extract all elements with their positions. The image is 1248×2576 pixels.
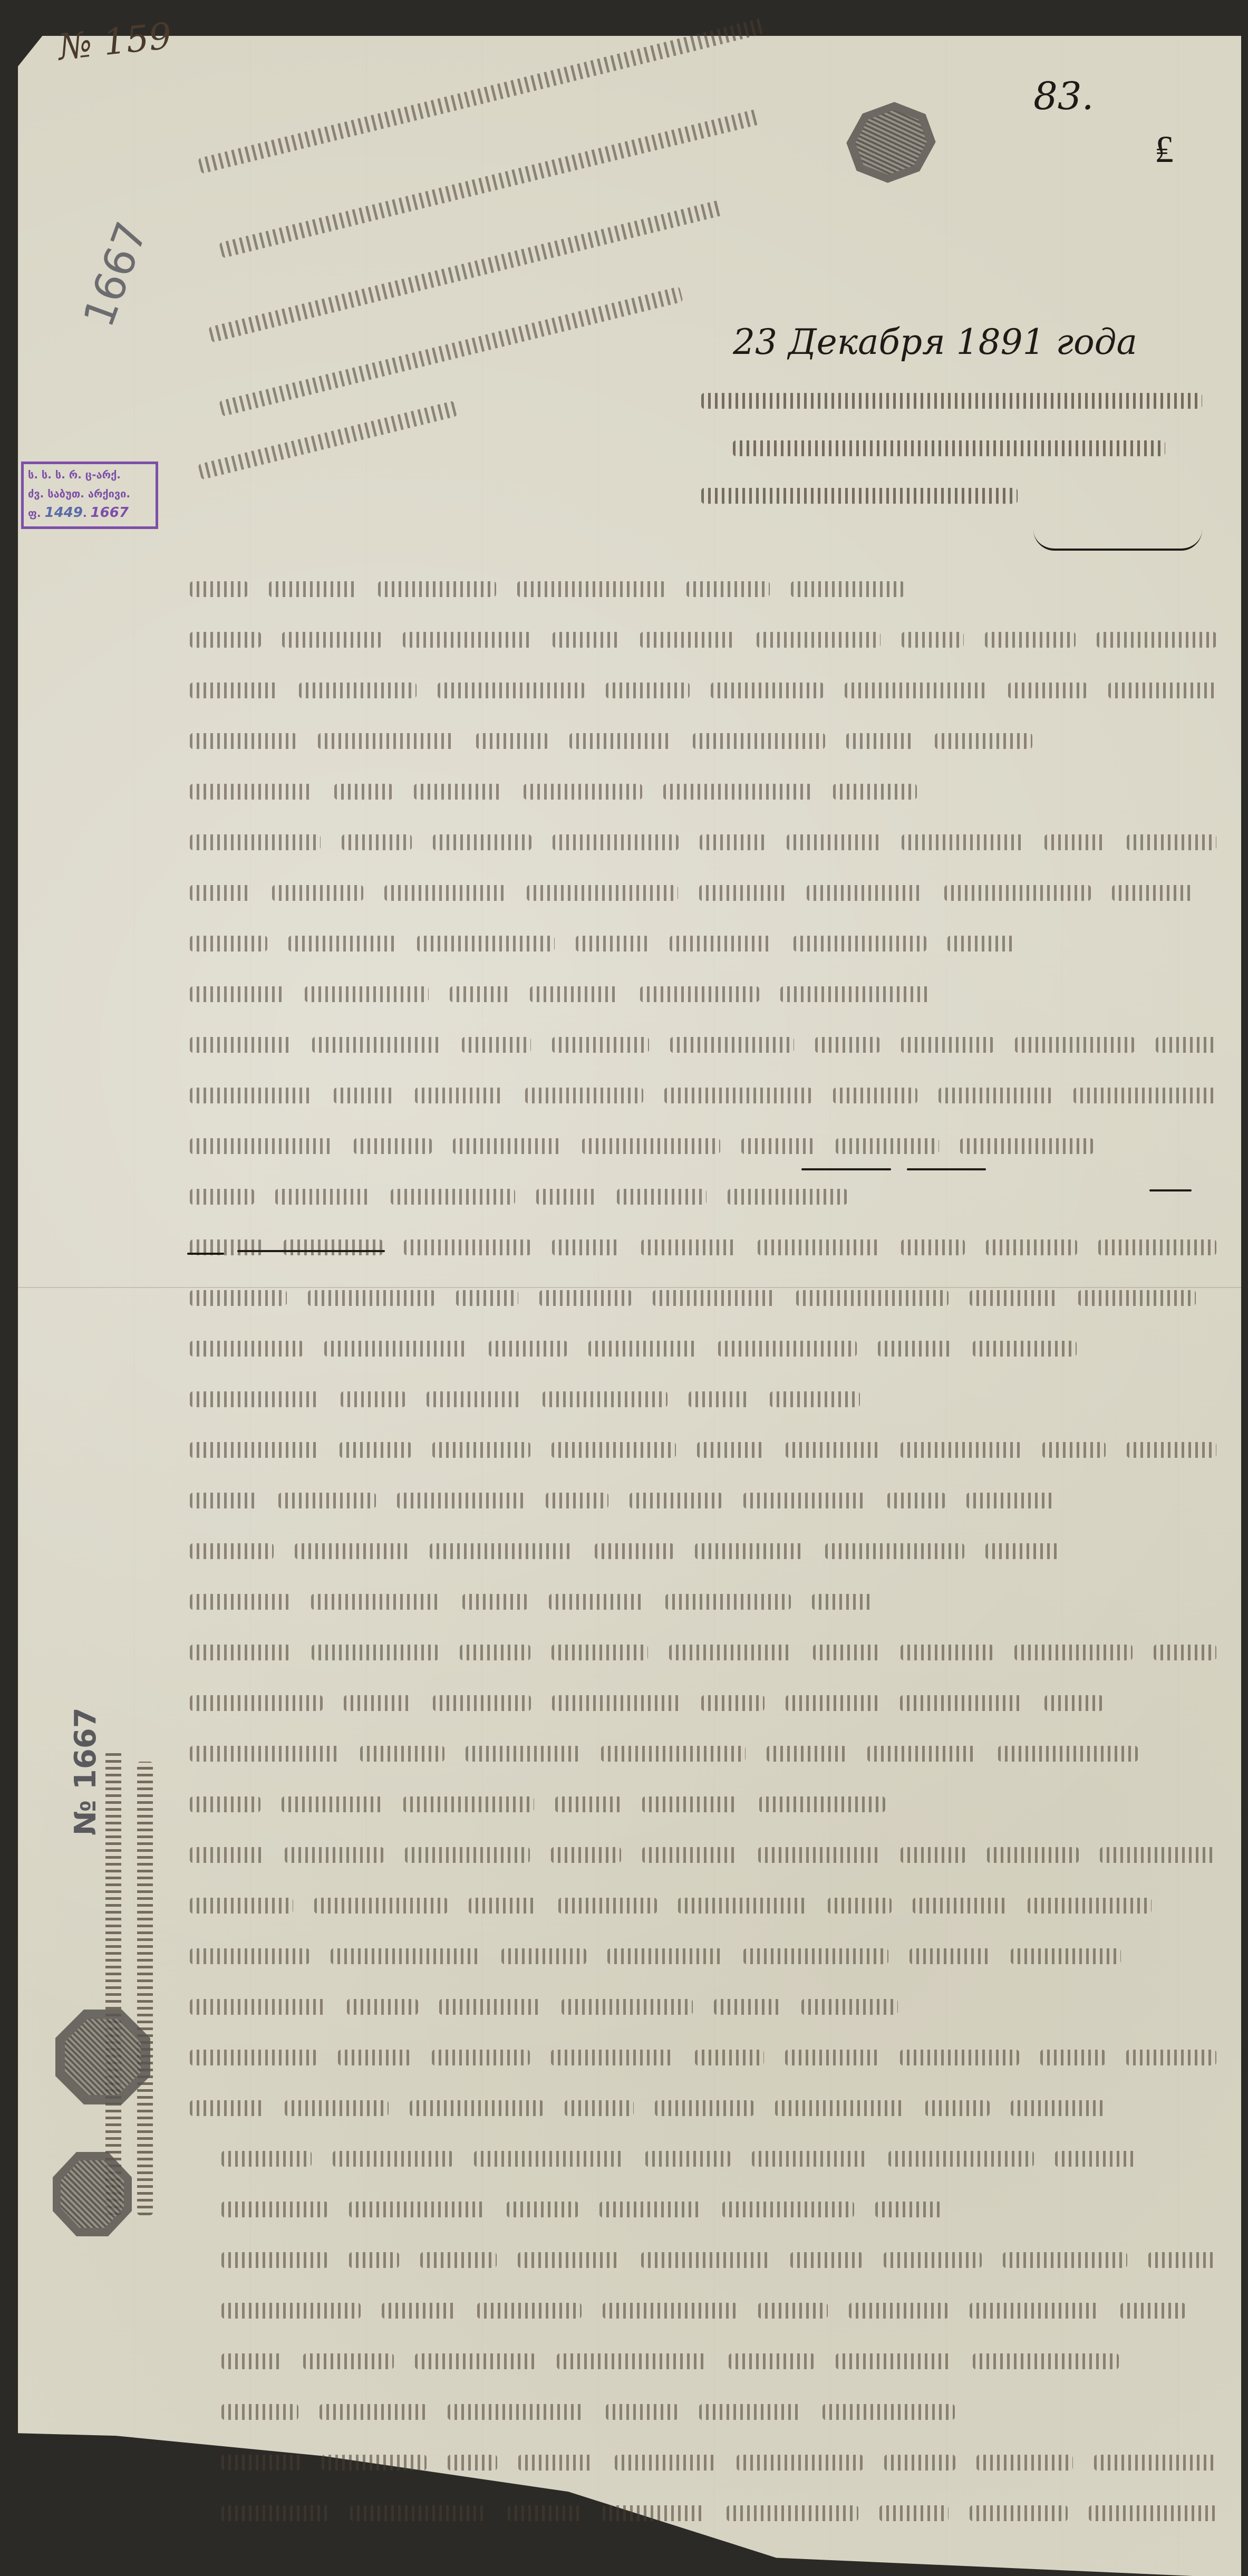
handwritten-word (786, 1442, 879, 1458)
handwritten-word (427, 1391, 521, 1407)
handwritten-word (322, 2455, 427, 2471)
handwritten-word (524, 784, 642, 800)
handwritten-word (1028, 1898, 1152, 1914)
handwritten-word (1098, 1239, 1216, 1255)
handwritten-word (338, 2050, 411, 2065)
handwritten-word (986, 1239, 1077, 1255)
body-line (190, 1684, 1216, 1711)
handwritten-word (285, 1847, 384, 1863)
handwritten-word (324, 1341, 468, 1357)
handwritten-word (758, 2303, 828, 2319)
handwritten-word (507, 2202, 578, 2217)
handwritten-word (433, 1695, 531, 1711)
handwritten-word (1127, 834, 1216, 850)
handwritten-word (415, 1088, 504, 1103)
handwritten-word (836, 2353, 952, 2369)
handwritten-word (1078, 1290, 1196, 1306)
handwritten-word (190, 885, 251, 901)
body-line (221, 2241, 1216, 2268)
handwritten-word (669, 1645, 792, 1660)
handwritten-word (813, 1645, 879, 1660)
handwritten-word (518, 2455, 594, 2471)
body-line (190, 1025, 1216, 1053)
handwritten-word (282, 1796, 382, 1812)
handwritten-word (711, 683, 824, 698)
handwritten-word (221, 2353, 282, 2369)
handwritten-word (404, 1239, 530, 1255)
handwritten-word (576, 936, 649, 951)
body-line (221, 2190, 1216, 2217)
date-header: 23 Декабря 1891 года (733, 322, 1137, 362)
body-line (190, 1734, 1216, 1762)
handwritten-word (900, 2050, 1019, 2065)
handwritten-word (601, 1746, 746, 1762)
handwritten-word (664, 1088, 812, 1103)
handwritten-word (801, 1999, 898, 2015)
handwritten-word (557, 2353, 708, 2369)
handwritten-word (349, 2202, 486, 2217)
handwritten-word (288, 936, 396, 951)
body-line (221, 2342, 1216, 2369)
handwritten-word (384, 885, 506, 901)
handwritten-word (295, 1543, 409, 1559)
handwritten-word (190, 2050, 317, 2065)
handwritten-word (347, 1999, 418, 2015)
handwritten-word (518, 2252, 620, 2268)
handwritten-word (1089, 2505, 1216, 2521)
body-line (221, 2494, 1216, 2521)
handwritten-word (1040, 2050, 1105, 2065)
handwritten-word (741, 1138, 815, 1154)
signature-flourish (1033, 506, 1202, 551)
handwritten-word (901, 1442, 1021, 1458)
body-line (221, 2392, 1216, 2420)
body-line (190, 1937, 1216, 1964)
handwritten-word (727, 2505, 859, 2521)
handwritten-word (787, 834, 881, 850)
handwritten-word (410, 2100, 544, 2116)
handwritten-word (360, 1746, 444, 1762)
handwritten-word (469, 1898, 537, 1914)
handwritten-word (849, 2303, 949, 2319)
handwritten-word (555, 1796, 621, 1812)
handwritten-word (1154, 1645, 1216, 1660)
handwritten-word (190, 1746, 339, 1762)
body-line (190, 620, 1216, 648)
handwritten-word (430, 1543, 574, 1559)
handwritten-word (902, 834, 1023, 850)
handwritten-word (543, 1391, 667, 1407)
handwritten-word (699, 2404, 801, 2420)
handwritten-word (382, 2303, 456, 2319)
handwritten-word (501, 1948, 586, 1964)
handwritten-word (308, 1290, 435, 1306)
body-line (190, 671, 1216, 698)
handwritten-word (439, 1999, 540, 2015)
page-number: 83. (1033, 74, 1094, 118)
handwritten-word (456, 1290, 518, 1306)
handwritten-word (791, 581, 904, 597)
stamp-line-2: ძვ. საბუთ. არქივი. (28, 484, 151, 503)
handwritten-word (588, 1341, 697, 1357)
handwritten-word (221, 2252, 328, 2268)
handwritten-word (737, 2455, 863, 2471)
handwritten-word (391, 1189, 515, 1205)
handwritten-word (190, 784, 313, 800)
handwritten-word (689, 1391, 749, 1407)
handwritten-word (448, 2404, 585, 2420)
body-line (190, 1886, 1216, 1914)
handwritten-word (700, 834, 766, 850)
handwritten-word (796, 1290, 949, 1306)
handwritten-word (790, 2252, 863, 2268)
body-line (190, 722, 1216, 749)
handwritten-word (812, 1594, 873, 1610)
handwritten-word (221, 2505, 329, 2521)
handwritten-word (551, 1847, 621, 1863)
handwritten-word (190, 1948, 309, 1964)
handwritten-word (695, 2050, 764, 2065)
handwritten-word (640, 986, 759, 1002)
handwritten-word (935, 733, 1032, 749)
handwritten-word (1148, 2252, 1216, 2268)
handwritten-word (606, 683, 690, 698)
handwritten-word (190, 1645, 291, 1660)
handwritten-word (221, 2404, 298, 2420)
handwritten-word (318, 733, 455, 749)
handwritten-word (344, 1695, 412, 1711)
handwritten-word (305, 986, 429, 1002)
margin-note-vertical-2 (137, 1751, 158, 2215)
body-line (190, 823, 1216, 850)
handwritten-word (221, 2202, 328, 2217)
body-line (190, 1582, 1216, 1610)
handwritten-word (476, 733, 548, 749)
handwritten-word (551, 2050, 674, 2065)
handwritten-word (489, 1341, 567, 1357)
underline (237, 1250, 385, 1252)
body-line (190, 1532, 1216, 1559)
handwritten-word (767, 1746, 846, 1762)
handwritten-word (867, 1746, 977, 1762)
handwritten-word (190, 1847, 264, 1863)
body-line (190, 1987, 1216, 2015)
handwritten-word (311, 1594, 441, 1610)
handwritten-word (320, 2404, 427, 2420)
handwritten-word (976, 2455, 1073, 2471)
body-line (190, 873, 1216, 901)
handwritten-word (686, 581, 770, 597)
handwritten-word (527, 885, 678, 901)
body-line (190, 1329, 1216, 1357)
handwritten-word (190, 1695, 323, 1711)
handwritten-word (549, 1594, 644, 1610)
handwritten-word (453, 1138, 561, 1154)
handwritten-word (900, 1695, 1023, 1711)
handwritten-word (190, 1138, 333, 1154)
underline (801, 1168, 891, 1170)
body-line (190, 2038, 1216, 2065)
handwritten-word (603, 2505, 705, 2521)
handwritten-word (693, 733, 825, 749)
handwritten-word (663, 784, 812, 800)
handwritten-word (1156, 1037, 1216, 1053)
handwritten-word (190, 1189, 254, 1205)
handwritten-word (460, 1645, 530, 1660)
handwritten-word (901, 1239, 965, 1255)
handwritten-word (987, 1847, 1078, 1863)
handwritten-word (403, 1796, 534, 1812)
handwritten-word (701, 1695, 765, 1711)
handwritten-word (190, 1543, 274, 1559)
handwritten-word (420, 2252, 497, 2268)
handwritten-word (815, 1037, 880, 1053)
margin-note-vertical (105, 1741, 127, 2215)
address-line-1 (701, 393, 1202, 409)
handwritten-word (775, 2100, 904, 2116)
handwritten-word (913, 1898, 1007, 1914)
handwritten-word (272, 885, 363, 901)
handwritten-word (670, 936, 772, 951)
handwritten-word (539, 1290, 632, 1306)
handwritten-word (334, 1088, 394, 1103)
body-line (190, 1076, 1216, 1103)
handwritten-word (910, 1948, 990, 1964)
handwritten-word (599, 2202, 701, 2217)
handwritten-word (349, 2252, 399, 2268)
handwritten-word (221, 2303, 361, 2319)
handwritten-word (340, 1442, 411, 1458)
handwritten-word (190, 1999, 326, 2015)
body-line (190, 1127, 1216, 1154)
handwritten-word (653, 1290, 775, 1306)
handwritten-word (546, 1493, 608, 1508)
handwritten-word (569, 733, 672, 749)
handwritten-word (552, 1037, 649, 1053)
handwritten-word (450, 986, 509, 1002)
body-line (190, 772, 1216, 800)
handwritten-word (190, 834, 321, 850)
handwritten-word (190, 2100, 264, 2116)
handwritten-word (607, 1948, 722, 1964)
handwritten-word (973, 1341, 1077, 1357)
handwritten-word (378, 581, 496, 597)
handwritten-word (985, 1543, 1060, 1559)
handwritten-word (1120, 2303, 1185, 2319)
handwritten-word (403, 632, 531, 648)
handwritten-word (278, 1493, 376, 1508)
handwritten-word (432, 1442, 530, 1458)
body-line (221, 2139, 1216, 2167)
handwritten-word (699, 885, 786, 901)
handwritten-word (190, 1898, 293, 1914)
handwritten-word (1055, 2151, 1136, 2167)
handwritten-word (221, 2455, 301, 2471)
handwritten-word (670, 1037, 795, 1053)
handwritten-word (833, 784, 917, 800)
body-line (190, 570, 1216, 597)
body-line (190, 975, 1216, 1002)
body-line (190, 1481, 1216, 1508)
handwritten-word (640, 632, 736, 648)
wax-seal-left-1 (55, 2010, 150, 2104)
handwritten-word (615, 2455, 715, 2471)
handwritten-word (944, 885, 1091, 901)
handwritten-word (678, 1898, 807, 1914)
handwritten-word (190, 1037, 291, 1053)
handwritten-word (275, 1189, 370, 1205)
stamp-line-3: ფ. 1449. 1667 (28, 503, 151, 523)
handwritten-word (718, 1341, 857, 1357)
handwritten-word (517, 581, 665, 597)
stamp-fond: 1449 (45, 505, 83, 521)
handwritten-word (354, 1138, 432, 1154)
handwritten-word (785, 2050, 879, 2065)
handwritten-word (836, 1138, 939, 1154)
handwritten-word (985, 632, 1076, 648)
handwritten-word (397, 1493, 525, 1508)
handwritten-word (466, 1746, 580, 1762)
handwritten-word (902, 632, 964, 648)
body-line (190, 1380, 1216, 1407)
handwritten-word (405, 1847, 530, 1863)
handwritten-word (477, 2303, 582, 2319)
handwritten-word (757, 632, 881, 648)
handwritten-word (642, 1847, 738, 1863)
handwritten-word (552, 1442, 676, 1458)
margin-pencil-number: № 1667 (69, 1707, 103, 1835)
handwritten-word (553, 632, 619, 648)
handwritten-word (462, 1037, 531, 1053)
handwritten-word (525, 1088, 643, 1103)
handwritten-word (221, 2151, 312, 2167)
handwritten-word (415, 2353, 536, 2369)
handwritten-word (630, 1493, 722, 1508)
body-line (190, 924, 1216, 951)
handwritten-word (665, 1594, 791, 1610)
body-line (221, 2443, 1216, 2471)
handwritten-word (875, 2202, 942, 2217)
handwritten-word (1042, 1442, 1106, 1458)
handwritten-word (752, 2151, 867, 2167)
handwritten-word (562, 1999, 693, 2015)
underline (1149, 1189, 1192, 1191)
handwritten-word (901, 1037, 993, 1053)
handwritten-word (303, 2353, 394, 2369)
handwritten-word (786, 1695, 879, 1711)
handwritten-word (438, 683, 584, 698)
handwritten-word (190, 581, 248, 597)
handwritten-word (312, 1645, 438, 1660)
handwritten-word (582, 1138, 720, 1154)
handwritten-word (536, 1189, 596, 1205)
handwritten-word (190, 1290, 287, 1306)
handwritten-word (190, 1796, 260, 1812)
handwritten-word (879, 2505, 948, 2521)
handwritten-word (966, 1493, 1054, 1508)
handwritten-word (432, 2050, 530, 2065)
handwritten-word (417, 936, 555, 951)
handwritten-word (1011, 2100, 1105, 2116)
handwritten-word (530, 986, 619, 1002)
archive-stamp: ს. ს. ს. რ. ც-არქ. ძვ. საბუთ. არქივი. ფ.… (21, 462, 158, 529)
handwritten-word (190, 733, 297, 749)
handwritten-word (970, 2505, 1068, 2521)
handwritten-word (823, 2404, 955, 2420)
handwritten-word (190, 1391, 320, 1407)
handwritten-word (508, 2505, 581, 2521)
handwritten-word (312, 1037, 441, 1053)
handwritten-word (1127, 1442, 1216, 1458)
handwritten-word (1014, 1645, 1133, 1660)
handwritten-word (729, 2353, 815, 2369)
body-line (190, 1430, 1216, 1458)
handwritten-word (299, 683, 417, 698)
handwritten-word (334, 784, 393, 800)
handwritten-word (190, 1493, 257, 1508)
handwritten-word (828, 1898, 892, 1914)
handwritten-word (1044, 1695, 1103, 1711)
handwritten-word (1015, 1037, 1135, 1053)
handwritten-word (970, 1290, 1057, 1306)
handwritten-word (190, 632, 261, 648)
handwritten-word (970, 2303, 1099, 2319)
body-line (190, 2089, 1216, 2116)
handwritten-word (565, 2100, 634, 2116)
handwritten-word (333, 2151, 453, 2167)
body-line (190, 1633, 1216, 1660)
body-line (190, 1785, 1216, 1812)
handwritten-word (190, 1594, 290, 1610)
handwritten-word (606, 2404, 678, 2420)
handwritten-word (1011, 1948, 1121, 1964)
wax-seal-left-2 (53, 2152, 132, 2236)
handwritten-word (1097, 632, 1216, 648)
handwritten-word (641, 1239, 737, 1255)
handwritten-word (884, 2252, 982, 2268)
handwritten-word (341, 1391, 405, 1407)
address-line-3 (701, 488, 1018, 504)
handwritten-word (901, 1847, 966, 1863)
handwritten-word (743, 1493, 866, 1508)
handwritten-word (1126, 2050, 1216, 2065)
address-line-2 (733, 440, 1165, 456)
handwritten-word (552, 1695, 680, 1711)
handwritten-word (655, 2100, 754, 2116)
handwritten-word (770, 1391, 860, 1407)
handwritten-word (1008, 683, 1087, 698)
handwritten-word (558, 1898, 657, 1914)
handwritten-word (282, 632, 382, 648)
handwritten-word (845, 683, 987, 698)
handwritten-word (350, 2505, 487, 2521)
handwritten-word (887, 1493, 945, 1508)
handwritten-word (1044, 834, 1106, 850)
handwritten-word (190, 986, 284, 1002)
handwritten-word (645, 2151, 731, 2167)
handwritten-word (697, 1442, 765, 1458)
handwritten-word (825, 1543, 964, 1559)
body-line (190, 1835, 1216, 1863)
handwritten-word (695, 1543, 804, 1559)
page-mark: ₤ (1155, 127, 1174, 171)
handwritten-word (552, 1239, 621, 1255)
handwritten-word (190, 1442, 318, 1458)
handwritten-word (743, 1948, 888, 1964)
handwritten-word (314, 1898, 448, 1914)
handwritten-word (960, 1138, 1094, 1154)
handwritten-word (833, 1088, 917, 1103)
